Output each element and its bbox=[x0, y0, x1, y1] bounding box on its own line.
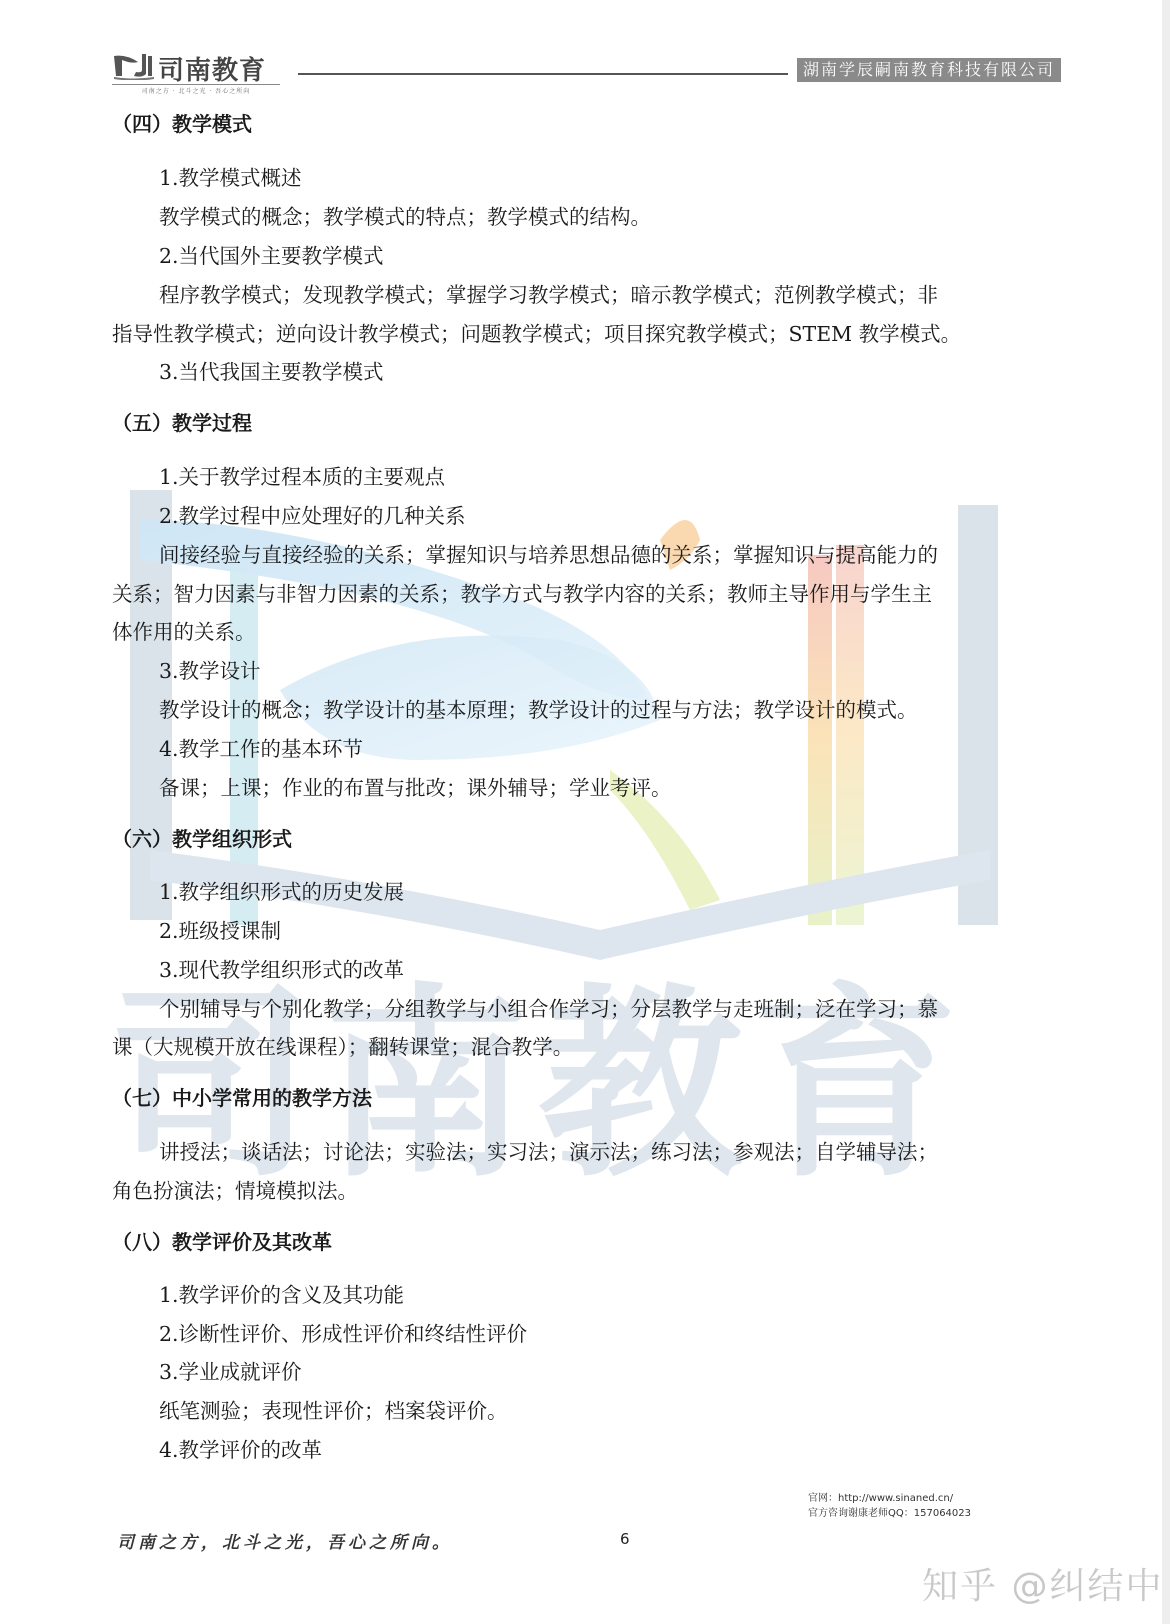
paragraph-line: 关系；智力因素与非智力因素的关系；教学方式与教学内容的关系；教师主导作用与学生主 bbox=[112, 577, 932, 607]
paragraph-line: 角色扮演法；情境模拟法。 bbox=[112, 1174, 358, 1204]
paragraph-line: 教学设计的概念；教学设计的基本原理；教学设计的过程与方法；教学设计的模式。 bbox=[159, 693, 918, 723]
paragraph-line: 讲授法；谈话法；讨论法；实验法；实习法；演示法；练习法；参观法；自学辅导法； bbox=[159, 1135, 938, 1165]
brand-logo: 司南教育 司南之方 · 北斗之光 · 吾心之所向 bbox=[112, 50, 282, 94]
section-title: （七）中小学常用的教学方法 bbox=[112, 1082, 372, 1111]
paragraph-line: 程序教学模式；发现教学模式；掌握学习教学模式；暗示教学模式；范例教学模式；非 bbox=[159, 278, 938, 308]
section-title: （五）教学过程 bbox=[112, 407, 252, 436]
list-item: 3.当代我国主要教学模式 bbox=[159, 355, 384, 385]
list-item: 1.教学模式概述 bbox=[159, 161, 302, 191]
qq-contact: 官方咨询谢康老师QQ：157064023 bbox=[808, 1506, 971, 1521]
list-item: 1.教学组织形式的历史发展 bbox=[159, 875, 404, 905]
list-item: 3.学业成就评价 bbox=[159, 1355, 302, 1385]
paragraph-line: 间接经验与直接经验的关系；掌握知识与培养思想品德的关系；掌握知识与提高能力的 bbox=[159, 538, 938, 568]
footer-contact-info: 官网：http://www.sinaned.cn/ 官方咨询谢康老师QQ：157… bbox=[808, 1491, 971, 1521]
list-item: 2.诊断性评价、形成性评价和终结性评价 bbox=[159, 1317, 527, 1347]
footer-slogan: 司南之方，北斗之光，吾心之所向。 bbox=[117, 1528, 453, 1553]
list-item: 2.班级授课制 bbox=[159, 914, 281, 944]
logo-book-icon bbox=[112, 52, 156, 80]
paragraph-line: 体作用的关系。 bbox=[112, 615, 256, 645]
paragraph-line: 个别辅导与个别化教学；分组教学与小组合作学习；分层教学与走班制；泛在学习；慕 bbox=[159, 992, 938, 1022]
paragraph-line: 课（大规模开放在线课程）；翻转课堂；混合教学。 bbox=[112, 1030, 573, 1060]
section-title: （六）教学组织形式 bbox=[112, 823, 292, 852]
list-item: 1.关于教学过程本质的主要观点 bbox=[159, 460, 445, 490]
section-title: （四）教学模式 bbox=[112, 108, 252, 137]
header-divider bbox=[298, 73, 788, 75]
list-item: 3.教学设计 bbox=[159, 654, 261, 684]
paragraph-line: 纸笔测验；表现性评价；档案袋评价。 bbox=[159, 1394, 508, 1424]
paragraph-line: 指导性教学模式；逆向设计教学模式；问题教学模式；项目探究教学模式；STEM 教学… bbox=[112, 317, 961, 347]
section-title: （八）教学评价及其改革 bbox=[112, 1226, 332, 1255]
list-item: 2.教学过程中应处理好的几种关系 bbox=[159, 499, 466, 529]
list-item: 1.教学评价的含义及其功能 bbox=[159, 1278, 404, 1308]
list-item: 4.教学评价的改革 bbox=[159, 1433, 322, 1463]
list-item: 2.当代国外主要教学模式 bbox=[159, 239, 384, 269]
logo-tagline: 司南之方 · 北斗之光 · 吾心之所向 bbox=[112, 84, 280, 95]
page-header: 司南教育 司南之方 · 北斗之光 · 吾心之所向 湖南学辰嗣南教育科技有限公司 bbox=[0, 0, 1170, 100]
list-item: 3.现代教学组织形式的改革 bbox=[159, 953, 404, 983]
page-number: 6 bbox=[620, 1530, 630, 1548]
logo-text: 司南教育 bbox=[158, 50, 266, 87]
paragraph-line: 教学模式的概念；教学模式的特点；教学模式的结构。 bbox=[159, 200, 651, 230]
website-link[interactable]: 官网：http://www.sinaned.cn/ bbox=[808, 1491, 971, 1506]
zhihu-watermark: 知乎 @纠结中 bbox=[922, 1558, 1163, 1609]
page-edge bbox=[1162, 0, 1170, 1624]
company-name-badge: 湖南学辰嗣南教育科技有限公司 bbox=[797, 58, 1061, 82]
paragraph-line: 备课；上课；作业的布置与批改；课外辅导；学业考评。 bbox=[159, 771, 672, 801]
list-item: 4.教学工作的基本环节 bbox=[159, 732, 363, 762]
